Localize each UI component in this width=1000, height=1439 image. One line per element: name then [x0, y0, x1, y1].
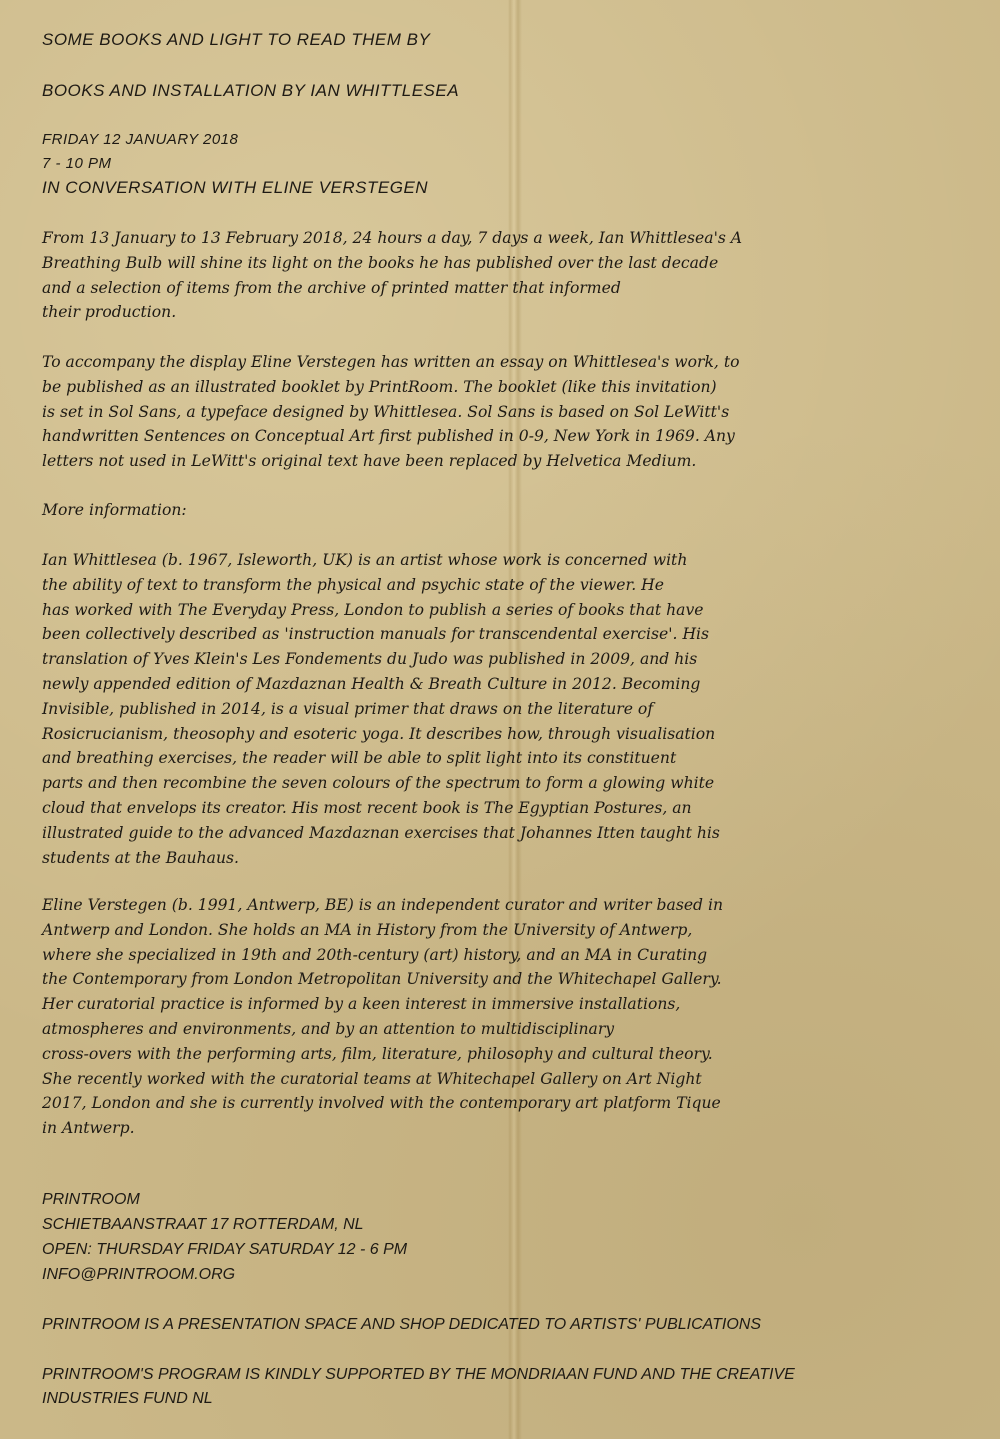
- artist-bio-line: cloud that envelops its creator. His mos…: [42, 796, 957, 821]
- booklet-line: To accompany the display Eline Verstegen…: [42, 350, 957, 375]
- curator-bio-line: the Contemporary from London Metropolita…: [42, 967, 957, 992]
- booklet-line: be published as an illustrated booklet b…: [42, 375, 957, 400]
- event-subtitle: Books and Installation by Ian Whittlesea: [42, 81, 459, 101]
- intro-line: their production.: [42, 300, 957, 325]
- artist-bio-line: illustrated guide to the advanced Mazdaz…: [42, 821, 957, 846]
- venue-hours: Open: Thursday Friday Saturday 12 - 6 PM: [42, 1238, 407, 1263]
- booklet-paragraph: To accompany the display Eline Verstegen…: [42, 350, 957, 474]
- curator-bio-line: cross-overs with the performing arts, fi…: [42, 1042, 957, 1067]
- event-time: 7 - 10 PM: [42, 155, 112, 172]
- booklet-line: handwritten Sentences on Conceptual Art …: [42, 424, 957, 449]
- more-info-label: More information:: [42, 498, 957, 523]
- artist-bio-line: Rosicrucianism, theosophy and esoteric y…: [42, 722, 957, 747]
- venue-email[interactable]: info@printroom.org: [42, 1263, 235, 1288]
- artist-bio-line: and breathing exercises, the reader will…: [42, 746, 957, 771]
- intro-line: From 13 January to 13 February 2018, 24 …: [42, 226, 957, 251]
- booklet-line: letters not used in LeWitt's original te…: [42, 449, 957, 474]
- intro-line: and a selection of items from the archiv…: [42, 276, 957, 301]
- venue-name: PrintRoom: [42, 1188, 140, 1213]
- artist-bio-line: Invisible, published in 2014, is a visua…: [42, 697, 957, 722]
- curator-bio-line: in Antwerp.: [42, 1116, 957, 1141]
- curator-bio-line: where she specialized in 19th and 20th-c…: [42, 943, 957, 968]
- venue-description: PrintRoom is a presentation space and sh…: [42, 1313, 761, 1338]
- booklet-line: is set in Sol Sans, a typeface designed …: [42, 400, 957, 425]
- artist-bio-line: parts and then recombine the seven colou…: [42, 771, 957, 796]
- venue-address: Schietbaanstraat 17 Rotterdam, NL: [42, 1213, 364, 1238]
- artist-bio-line: newly appended edition of Mazdaznan Heal…: [42, 672, 957, 697]
- curator-bio-line: She recently worked with the curatorial …: [42, 1067, 957, 1092]
- artist-bio-line: the ability of text to transform the phy…: [42, 573, 957, 598]
- artist-bio-paragraph: Ian Whittlesea (b. 1967, Isleworth, UK) …: [42, 548, 957, 870]
- event-title: Some Books and Light to Read Them By: [42, 30, 430, 50]
- artist-bio-line: translation of Yves Klein's Les Fondemen…: [42, 647, 957, 672]
- artist-bio-line: been collectively described as 'instruct…: [42, 622, 957, 647]
- artist-bio-line: Ian Whittlesea (b. 1967, Isleworth, UK) …: [42, 548, 957, 573]
- curator-bio-paragraph: Eline Verstegen (b. 1991, Antwerp, BE) i…: [42, 893, 957, 1141]
- support-line: PrintRoom's program is kindly supported …: [42, 1363, 795, 1388]
- curator-bio-line: Her curatorial practice is informed by a…: [42, 992, 957, 1017]
- curator-bio-line: Antwerp and London. She holds an MA in H…: [42, 918, 957, 943]
- curator-bio-line: 2017, London and she is currently involv…: [42, 1091, 957, 1116]
- curator-bio-line: atmospheres and environments, and by an …: [42, 1017, 957, 1042]
- intro-paragraph: From 13 January to 13 February 2018, 24 …: [42, 226, 957, 325]
- event-conversation: In Conversation with Eline Verstegen: [42, 178, 428, 198]
- artist-bio-line: has worked with The Everyday Press, Lond…: [42, 598, 957, 623]
- curator-bio-line: Eline Verstegen (b. 1991, Antwerp, BE) i…: [42, 893, 957, 918]
- support-line: Industries Fund NL: [42, 1387, 213, 1412]
- event-date: Friday 12 January 2018: [42, 131, 238, 148]
- artist-bio-line: students at the Bauhaus.: [42, 846, 957, 871]
- intro-line: Breathing Bulb will shine its light on t…: [42, 251, 957, 276]
